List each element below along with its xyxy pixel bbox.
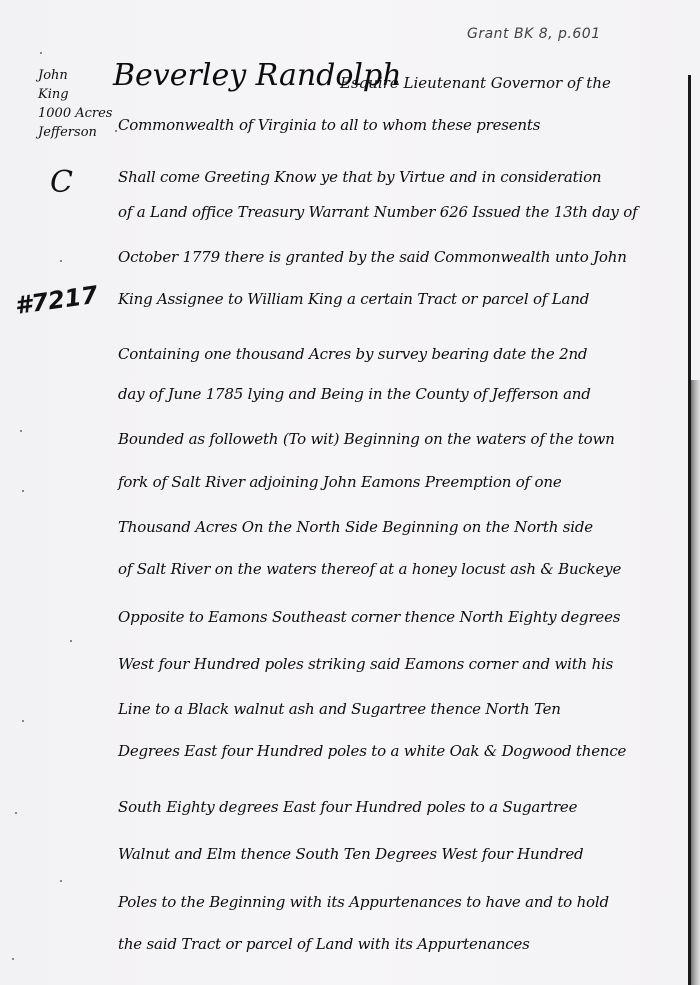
text-line: Containing one thousand Acres by survey … <box>118 345 587 363</box>
text-line: of Salt River on the waters thereof at a… <box>118 560 621 578</box>
margin-note-line: King <box>38 85 112 104</box>
text-line: Bounded as followeth (To wit) Beginning … <box>118 430 615 448</box>
text-line: Thousand Acres On the North Side Beginni… <box>118 518 593 536</box>
grant-number: #7217 <box>13 281 100 320</box>
paper-speck <box>40 52 42 54</box>
document-page: Grant BK 8, p.601 John King 1000 Acres J… <box>0 0 700 985</box>
paper-speck <box>60 880 62 882</box>
text-line: Degrees East four Hundred poles to a whi… <box>118 742 626 760</box>
paper-speck <box>22 490 24 492</box>
text-line: South Eighty degrees East four Hundred p… <box>118 798 577 816</box>
margin-note: John King 1000 Acres Jefferson <box>38 66 112 142</box>
paper-speck <box>115 130 117 132</box>
text-line: Line to a Black walnut ash and Sugartree… <box>118 700 561 718</box>
paper-speck <box>20 430 22 432</box>
margin-note-line: 1000 Acres <box>38 104 112 123</box>
margin-mark: C <box>50 165 73 200</box>
text-line: October 1779 there is granted by the sai… <box>118 248 627 266</box>
text-line: Commonwealth of Virginia to all to whom … <box>118 116 540 134</box>
paper-speck <box>70 640 72 642</box>
text-line: Shall come Greeting Know ye that by Virt… <box>118 168 601 186</box>
text-line: Poles to the Beginning with its Appurten… <box>118 893 609 911</box>
paper-speck <box>15 812 17 814</box>
text-line: day of June 1785 lying and Being in the … <box>118 385 591 403</box>
page-edge-shadow <box>691 380 700 985</box>
paper-speck <box>12 958 14 960</box>
paper-speck <box>22 720 24 722</box>
text-line: the said Tract or parcel of Land with it… <box>118 935 530 953</box>
text-line: Walnut and Elm thence South Ten Degrees … <box>118 845 583 863</box>
archive-reference-note: Grant BK 8, p.601 <box>467 26 601 42</box>
text-line: Opposite to Eamons Southeast corner then… <box>118 608 620 626</box>
text-line: West four Hundred poles striking said Ea… <box>118 655 613 673</box>
text-line: of a Land office Treasury Warrant Number… <box>118 203 637 221</box>
text-line: fork of Salt River adjoining John Eamons… <box>118 473 562 491</box>
margin-note-line: Jefferson <box>38 123 112 142</box>
margin-note-line: John <box>38 66 112 85</box>
text-line: King Assignee to William King a certain … <box>118 290 589 308</box>
paper-speck <box>60 260 62 262</box>
grantor-title: Esquire Lieutenant Governor of the <box>340 74 611 92</box>
